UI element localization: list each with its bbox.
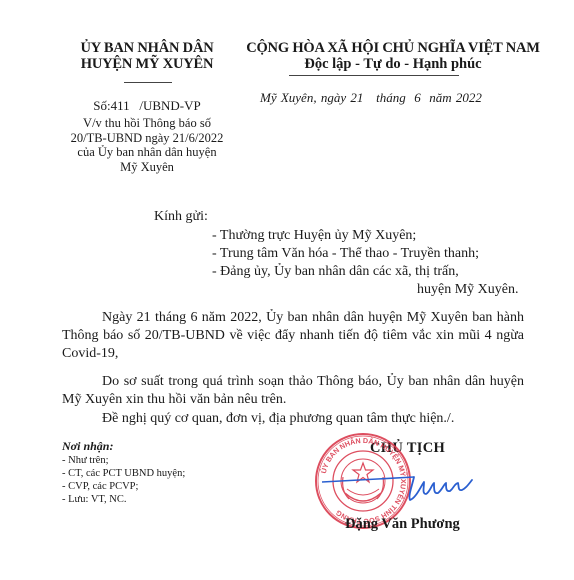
- paragraph-text: Đề nghị quý cơ quan, đơn vị, địa phương …: [102, 411, 454, 426]
- body-paragraph: Đề nghị quý cơ quan, đơn vị, địa phương …: [62, 410, 524, 428]
- subject-line-1: V/v thu hồi Thông báo số: [62, 116, 232, 131]
- recipient-item: - Đảng ủy, Ủy ban nhân dân các xã, thị t…: [212, 264, 459, 280]
- receiver-item: - Lưu: VT, NC.: [62, 494, 127, 507]
- organization-line-1: ỦY BAN NHÂN DÂN: [62, 40, 232, 56]
- subject-line-4: Mỹ Xuyên: [62, 160, 232, 175]
- recipient-item: huyện Mỹ Xuyên.: [417, 282, 519, 298]
- subject-line-2: 20/TB-UBND ngày 21/6/2022: [62, 131, 232, 146]
- organization-underline: [124, 82, 172, 83]
- body-paragraph: Ngày 21 tháng 6 năm 2022, Ủy ban nhân dâ…: [62, 309, 524, 363]
- receiver-item: - CVP, các PCVP;: [62, 481, 138, 494]
- body-paragraph: Do sơ suất trong quá trình soạn thảo Thô…: [62, 373, 524, 409]
- paragraph-text: Do sơ suất trong quá trình soạn thảo Thô…: [62, 374, 524, 407]
- paragraph-text: Ngày 21 tháng 6 năm 2022, Ủy ban nhân dâ…: [62, 310, 524, 361]
- organization-line-2: HUYỆN MỸ XUYÊN: [62, 56, 232, 72]
- motto-underline: [289, 75, 459, 76]
- issuing-organization: ỦY BAN NHÂN DÂN HUYỆN MỸ XUYÊN: [62, 40, 232, 72]
- receiver-item: - Như trên;: [62, 455, 109, 468]
- recipient-item: - Thường trực Huyện ủy Mỹ Xuyên;: [212, 228, 416, 244]
- national-title: CỘNG HÒA XÃ HỘI CHỦ NGHĨA VIỆT NAM: [228, 40, 558, 56]
- document-subject: V/v thu hồi Thông báo số 20/TB-UBND ngày…: [62, 116, 232, 174]
- national-motto: Độc lập - Tự do - Hạnh phúc: [228, 56, 558, 72]
- recipient-item: - Trung tâm Văn hóa - Thể thao - Truyền …: [212, 246, 479, 262]
- handwritten-signature-icon: [318, 468, 488, 508]
- place-and-date: Mỹ Xuyên, ngày 21 tháng 6 năm 2022: [260, 90, 550, 106]
- recipients-label: Kính gửi:: [154, 209, 208, 225]
- document-number: Số:411 /UBND-VP: [62, 98, 232, 114]
- receiver-item: - CT, các PCT UBND huyện;: [62, 468, 185, 481]
- subject-line-3: của Ủy ban nhân dân huyện: [62, 145, 232, 160]
- signer-name: Đặng Văn Phương: [345, 516, 460, 533]
- receivers-label: Nơi nhận:: [62, 439, 113, 454]
